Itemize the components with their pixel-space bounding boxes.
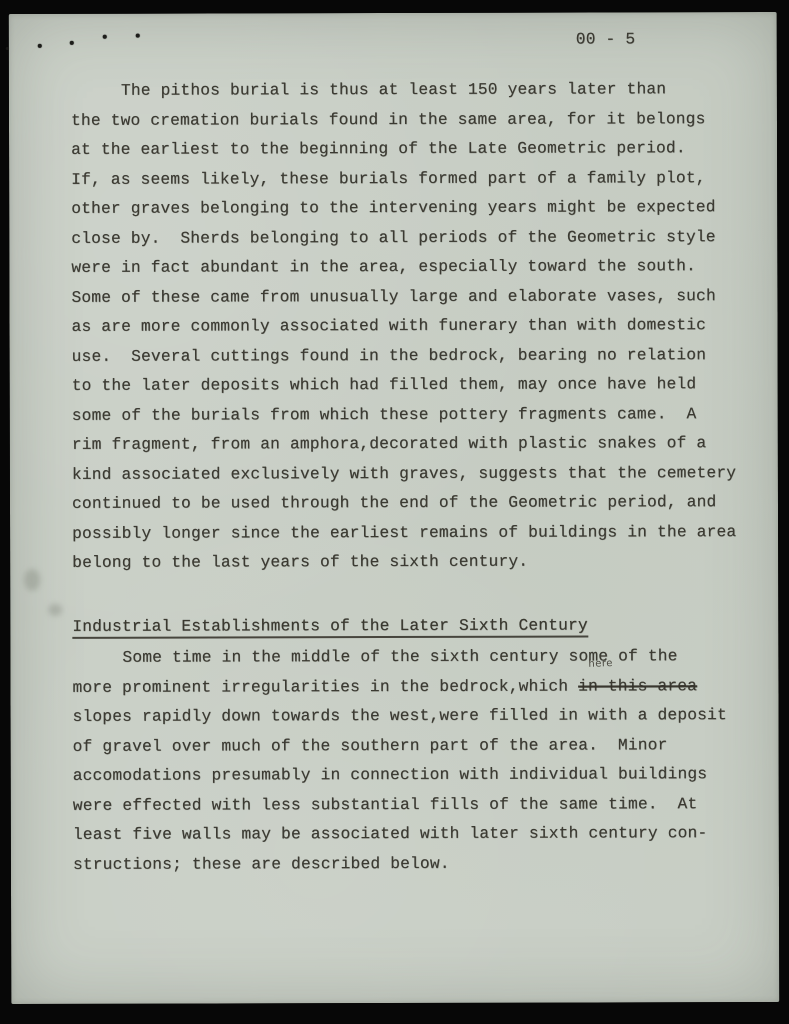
typed-line: Some of these came from unusually large …	[71, 282, 747, 313]
punch-dot	[103, 35, 107, 39]
punch-dot	[6, 47, 9, 50]
punch-dot	[70, 41, 74, 45]
typed-line: were in fact abundant in the area, espec…	[71, 252, 747, 283]
handwritten-insertion: here	[588, 659, 613, 670]
typed-line: of gravel over much of the southern part…	[73, 731, 749, 762]
typed-line: other graves belonging to the intervenin…	[71, 193, 747, 224]
typed-line: use. Several cuttings found in the bedro…	[72, 341, 748, 372]
ink-smudge	[24, 569, 40, 591]
paragraph-industrial-establishments: Some time in the middle of the sixth cen…	[72, 642, 749, 880]
paper-sheet: 00 - 5 The pithos burial is thus at leas…	[9, 12, 780, 1004]
typed-line: Some time in the middle of the sixth cen…	[72, 642, 748, 673]
typed-line: close by. Sherds belonging to all period…	[71, 223, 747, 254]
typed-line: structions; these are described below.	[73, 849, 749, 880]
typed-line: If, as seems likely, these burials forme…	[71, 164, 747, 195]
photo-backdrop: 00 - 5 The pithos burial is thus at leas…	[0, 0, 789, 1024]
typed-segment: more prominent irregularities in the bed…	[72, 677, 578, 696]
typed-line: rim fragment, from an amphora,decorated …	[72, 429, 748, 460]
punch-dot	[136, 34, 140, 38]
section-heading-text: Industrial Establishments of the Later S…	[72, 616, 588, 638]
typed-line: at the earliest to the beginning of the …	[71, 134, 747, 165]
typed-line: slopes rapidly down towards the west,wer…	[73, 701, 749, 732]
typed-line: The pithos burial is thus at least 150 y…	[71, 75, 747, 106]
typed-line: possibly longer since the earliest remai…	[72, 518, 748, 549]
ink-smudge	[48, 604, 62, 616]
section-heading: Industrial Establishments of the Later S…	[72, 611, 588, 642]
paragraph-pithos-burial: The pithos burial is thus at least 150 y…	[71, 75, 748, 578]
page-number: 00 - 5	[576, 30, 636, 48]
typed-line: belong to the last years of the sixth ce…	[72, 547, 748, 578]
typed-line: kind associated exclusively with graves,…	[72, 459, 748, 490]
typed-line-with-edit: more prominent irregularities in the bed…	[72, 672, 748, 703]
typed-line: were effected with less substantial fill…	[73, 790, 749, 821]
typed-line: the two cremation burials found in the s…	[71, 105, 747, 136]
punch-dot	[38, 44, 42, 48]
typed-line: as are more commonly associated with fun…	[71, 311, 747, 342]
typed-line: some of the burials from which these pot…	[72, 400, 748, 431]
editorial-correction: herein this area	[578, 672, 697, 702]
strikethrough-text: in this area	[578, 677, 697, 695]
typed-line: continued to be used through the end of …	[72, 488, 748, 519]
typed-line: least five walls may be associated with …	[73, 819, 749, 850]
typed-line: to the later deposits which had filled t…	[72, 370, 748, 401]
typed-line: accomodations presumably in connection w…	[73, 760, 749, 791]
